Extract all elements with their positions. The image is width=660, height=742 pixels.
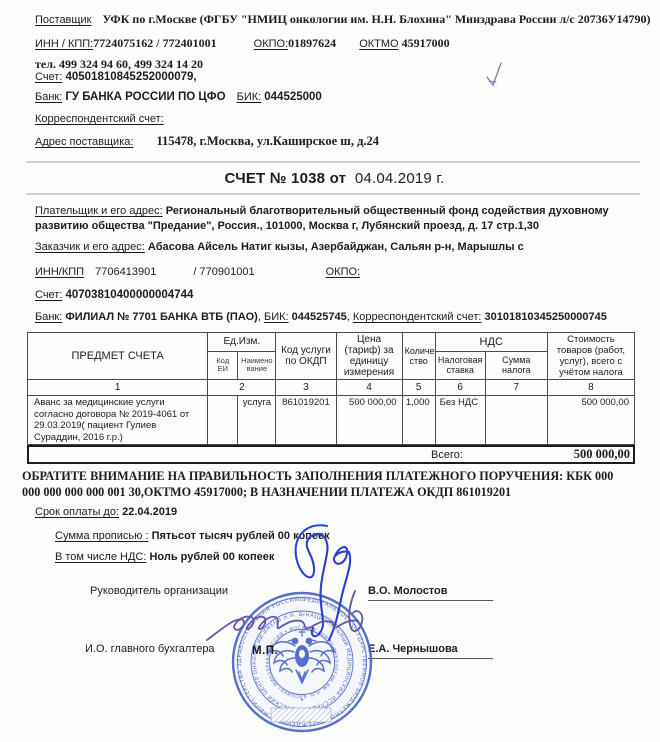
payer-innkpp-line: ИНН/КПП 7706413901 / 770901001 ОКПО:	[35, 266, 634, 278]
payer-label: Плательщик и его адрес:	[35, 205, 163, 217]
payer-bank-value: ФИЛИАЛ № 7701 БАНКА ВТБ (ПАО)	[65, 311, 258, 323]
due-date-line: Срок оплаты до: 22.04.2019	[35, 506, 634, 518]
supplier-corr-line: Корреспондентский счет:	[35, 113, 634, 125]
col-num: 3	[276, 380, 336, 396]
col-okdp: Код услуги по ОКДП	[276, 333, 336, 380]
bank-value: ГУ БАНКА РОССИИ ПО ЦФО	[65, 91, 225, 103]
vat-words-line: В том числе НДС: Ноль рублей 00 копеек	[55, 551, 634, 563]
invoice-title: СЧЕТ № 1038 от 04.04.2019 г.	[35, 170, 634, 187]
supplier-bank-line: Банк: ГУ БАНКА РОССИИ ПО ЦФО БИК: 044525…	[35, 91, 634, 103]
head-role: Руководитель организации	[90, 585, 228, 597]
col-subject: ПРЕДМЕТ СЧЕТА	[28, 333, 208, 380]
due-date-value: 22.04.2019	[122, 506, 177, 518]
oktmo-label: ОКТМО	[359, 38, 398, 50]
corr-label: Корреспондентский счет:	[35, 113, 164, 125]
cell-qty: 1,000	[402, 396, 435, 445]
payer-corr-value: 30101810345250000745	[485, 311, 607, 323]
cell-subject: Аванс за медицинские услуги согласно дог…	[28, 396, 208, 445]
invoice-document: Поставщик УФК по г.Москве (ФГБУ "НМИЦ он…	[0, 0, 660, 742]
cell-unit-name: услуга	[238, 396, 276, 445]
customer-value: Абасова Айсель Натиг кызы, Азербайджан, …	[148, 241, 524, 253]
col-unit: Ед.Изм.	[208, 333, 276, 352]
col-num: 6	[435, 380, 485, 396]
payer-kpp-value: / 770901001	[193, 266, 254, 278]
payer-bik-label: БИК:	[264, 311, 289, 323]
vat-words-label: В том числе НДС:	[55, 551, 146, 563]
col-qty: Количе ство	[402, 333, 435, 380]
col-num: 8	[547, 380, 634, 396]
amount-words-label: Сумма прописью :	[55, 530, 149, 542]
cell-total: 500 000,00	[547, 396, 634, 445]
due-date-label: Срок оплаты до:	[35, 506, 119, 518]
col-unit-code: Код ЕИ	[208, 351, 238, 379]
account-value: 40501810845252000079,	[65, 71, 196, 83]
payer-line: Плательщик и его адрес: Региональный бла…	[35, 204, 634, 234]
col-vat-rate: Налоговая ставка	[435, 351, 485, 379]
customer-label: Заказчик и его адрес:	[35, 241, 145, 253]
amount-words-value: Пятьсот тысяч рублей 00 копеек	[152, 530, 330, 542]
bank-label: Банк:	[35, 91, 62, 103]
payer-inn-value: 7706413901	[95, 266, 156, 278]
col-num: 7	[485, 380, 547, 396]
address-value: 115478, г.Москва, ул.Каширское ш, д.24	[156, 134, 379, 148]
divider-under-title	[26, 193, 640, 195]
accountant-signature-row: И.О. главного бухгалтера Е.А. Чернышова	[35, 643, 634, 659]
cell-unit-code	[208, 396, 238, 445]
accountant-name: Е.А. Чернышова	[368, 643, 493, 659]
col-num: 2	[208, 380, 276, 396]
okpo-value: 01897624	[288, 36, 336, 50]
invoice-title-date: 04.04.2019 г.	[355, 170, 445, 187]
okpo-label: ОКПО:	[254, 38, 288, 50]
total-label: Всего:	[431, 449, 463, 461]
col-vat: НДС	[435, 333, 547, 352]
inn-kpp-value: 7724075162 / 772401001	[93, 36, 216, 50]
total-value: 500 000,00	[574, 447, 633, 462]
payer-corr-label: Корреспондентский счет:	[353, 311, 482, 323]
cell-vat-sum	[485, 396, 547, 445]
invoice-title-main: СЧЕТ № 1038 от	[224, 170, 346, 187]
divider-top	[26, 161, 640, 163]
inn-kpp-label: ИНН / КПП:	[35, 38, 93, 50]
col-num: 4	[336, 380, 402, 396]
payer-bank-line: Банк: ФИЛИАЛ № 7701 БАНКА ВТБ (ПАО), БИК…	[35, 311, 634, 323]
table-header-row: ПРЕДМЕТ СЧЕТА Ед.Изм. Код услуги по ОКДП…	[28, 333, 635, 352]
stamp-place-label: М.П.	[252, 645, 278, 657]
col-price: Цена (тариф) за единицу измерения	[336, 333, 402, 380]
supplier-inn-line: ИНН / КПП:7724075162 / 772401001 ОКПО:01…	[35, 36, 634, 51]
payer-okpo-label: ОКПО:	[326, 266, 360, 278]
supplier-line: Поставщик УФК по г.Москве (ФГБУ "НМИЦ он…	[35, 12, 634, 27]
col-num: 5	[402, 380, 435, 396]
items-table: ПРЕДМЕТ СЧЕТА Ед.Изм. Код услуги по ОКДП…	[27, 332, 635, 445]
cell-okdp: 861019201	[276, 396, 336, 445]
payment-notice: ОБРАТИТЕ ВНИМАНИЕ НА ПРАВИЛЬНОСТЬ ЗАПОЛН…	[22, 469, 634, 500]
payer-account-line: Счет: 40703810400000004744	[35, 289, 634, 301]
cell-price: 500 000,00	[336, 396, 402, 445]
column-number-row: 1 2 3 4 5 6 7 8	[28, 380, 635, 396]
head-name: В.О. Молостов	[368, 585, 493, 601]
supplier-address-line: Адрес поставщика: 115478, г.Москва, ул.К…	[35, 134, 634, 149]
bik-value: 044525000	[264, 91, 322, 103]
oktmo-value: 45917000	[402, 36, 450, 50]
col-vat-sum: Сумма налога	[485, 351, 547, 379]
supplier-name: УФК по г.Москве (ФГБУ "НМИЦ онкологии им…	[102, 12, 650, 26]
total-row: Всего: 500 000,00	[27, 445, 635, 464]
bik-label: БИК:	[237, 91, 262, 103]
payer-bik-value: 044525745	[292, 311, 347, 323]
table-row: Аванс за медицинские услуги согласно дог…	[28, 396, 635, 445]
payer-innkpp-label: ИНН/КПП	[35, 266, 84, 278]
payer-bank-label: Банк:	[35, 311, 62, 323]
col-total: Стоимость товаров (работ, услуг), всего …	[547, 333, 634, 380]
head-signature-row: Руководитель организации В.О. Молостов	[35, 585, 634, 601]
col-num: 1	[28, 380, 208, 396]
supplier-label: Поставщик	[35, 14, 91, 26]
col-unit-name: Наимено вание	[238, 351, 276, 379]
payer-account-label: Счет:	[35, 289, 62, 301]
vat-words-value: Ноль рублей 00 копеек	[149, 551, 274, 563]
amount-words-line: Сумма прописью : Пятьсот тысяч рублей 00…	[55, 530, 634, 542]
address-label: Адрес поставщика:	[35, 136, 133, 148]
customer-line: Заказчик и его адрес: Абасова Айсель Нат…	[35, 241, 634, 253]
payer-account-value: 40703810400000004744	[65, 289, 193, 301]
cell-vat-rate: Без НДС	[435, 396, 485, 445]
accountant-role: И.О. главного бухгалтера	[85, 643, 215, 655]
account-label: Счет:	[35, 71, 62, 83]
supplier-account-line: Счет: 40501810845252000079,	[35, 71, 634, 83]
supplier-phone: тел. 499 324 94 60, 499 324 14 20	[35, 58, 634, 70]
